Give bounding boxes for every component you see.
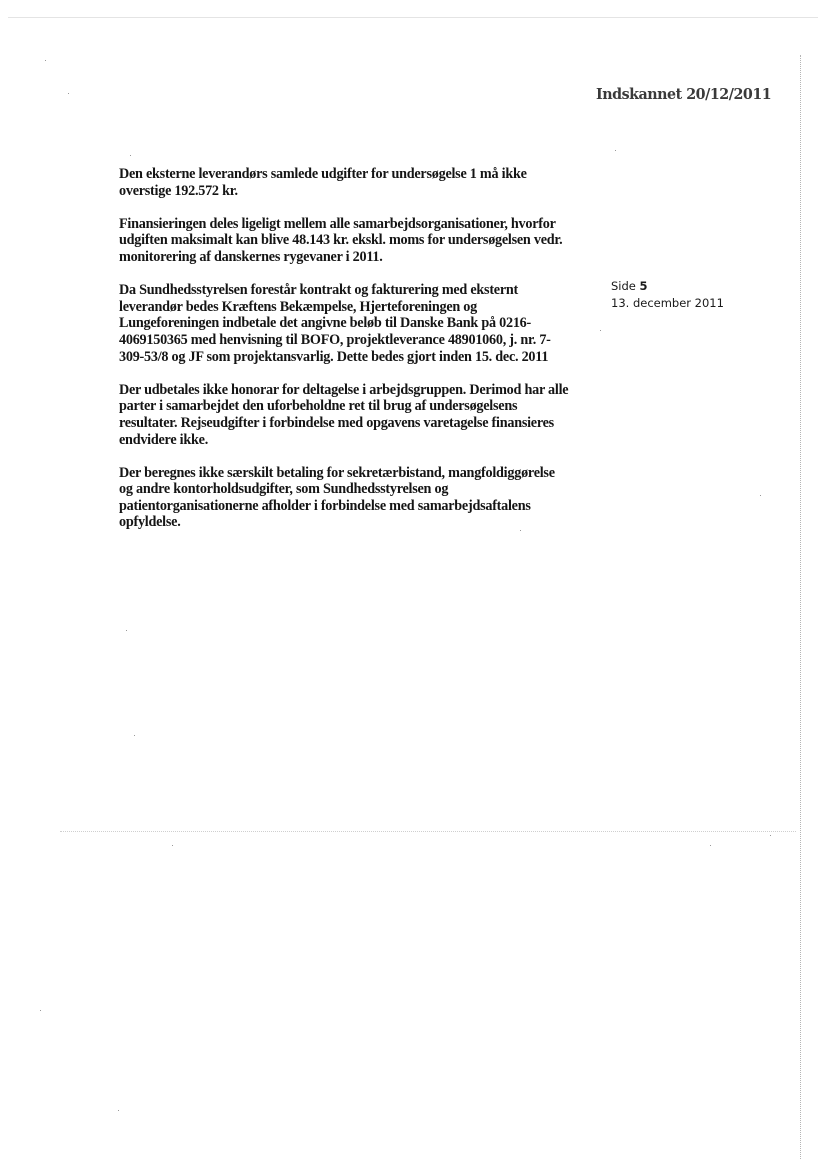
- page-number: 5: [640, 279, 648, 293]
- scan-speck: [45, 60, 46, 61]
- scan-fold-line: [60, 831, 796, 832]
- scan-top-edge: [8, 17, 818, 18]
- letter-body: Den eksterne leverandørs samlede udgifte…: [119, 166, 569, 548]
- paragraph-honorarium: Der udbetales ikke honorar for deltagels…: [119, 382, 569, 448]
- scan-speck: [600, 330, 601, 331]
- page-indicator: Side 5: [611, 278, 724, 295]
- scan-speck: [710, 845, 711, 846]
- side-label: Side: [611, 279, 636, 293]
- scan-speck: [172, 845, 173, 846]
- scan-speck: [615, 150, 616, 151]
- scan-speck: [68, 93, 69, 94]
- paragraph-payment: Da Sundhedsstyrelsen forestår kontrakt o…: [119, 282, 569, 365]
- scan-stamp: Indskannet 20/12/2011: [596, 85, 771, 103]
- scan-speck: [770, 835, 771, 836]
- scan-right-edge: [800, 55, 801, 1159]
- scan-speck: [760, 495, 761, 496]
- scan-speck: [134, 735, 135, 736]
- scan-speck: [126, 630, 127, 631]
- scan-speck: [118, 1110, 119, 1111]
- scan-speck: [40, 1010, 41, 1011]
- scan-speck: [130, 155, 131, 156]
- paragraph-budget: Den eksterne leverandørs samlede udgifte…: [119, 166, 569, 199]
- payment-deadline: inden 15. dec. 2011: [439, 349, 548, 365]
- page-meta: Side 5 13. december 2011: [611, 278, 724, 312]
- letter-date: 13. december 2011: [611, 295, 724, 312]
- scan-speck: [520, 530, 521, 531]
- paragraph-financing: Finansieringen deles ligeligt mellem all…: [119, 216, 569, 266]
- paragraph-admin-costs: Der beregnes ikke særskilt betaling for …: [119, 465, 569, 531]
